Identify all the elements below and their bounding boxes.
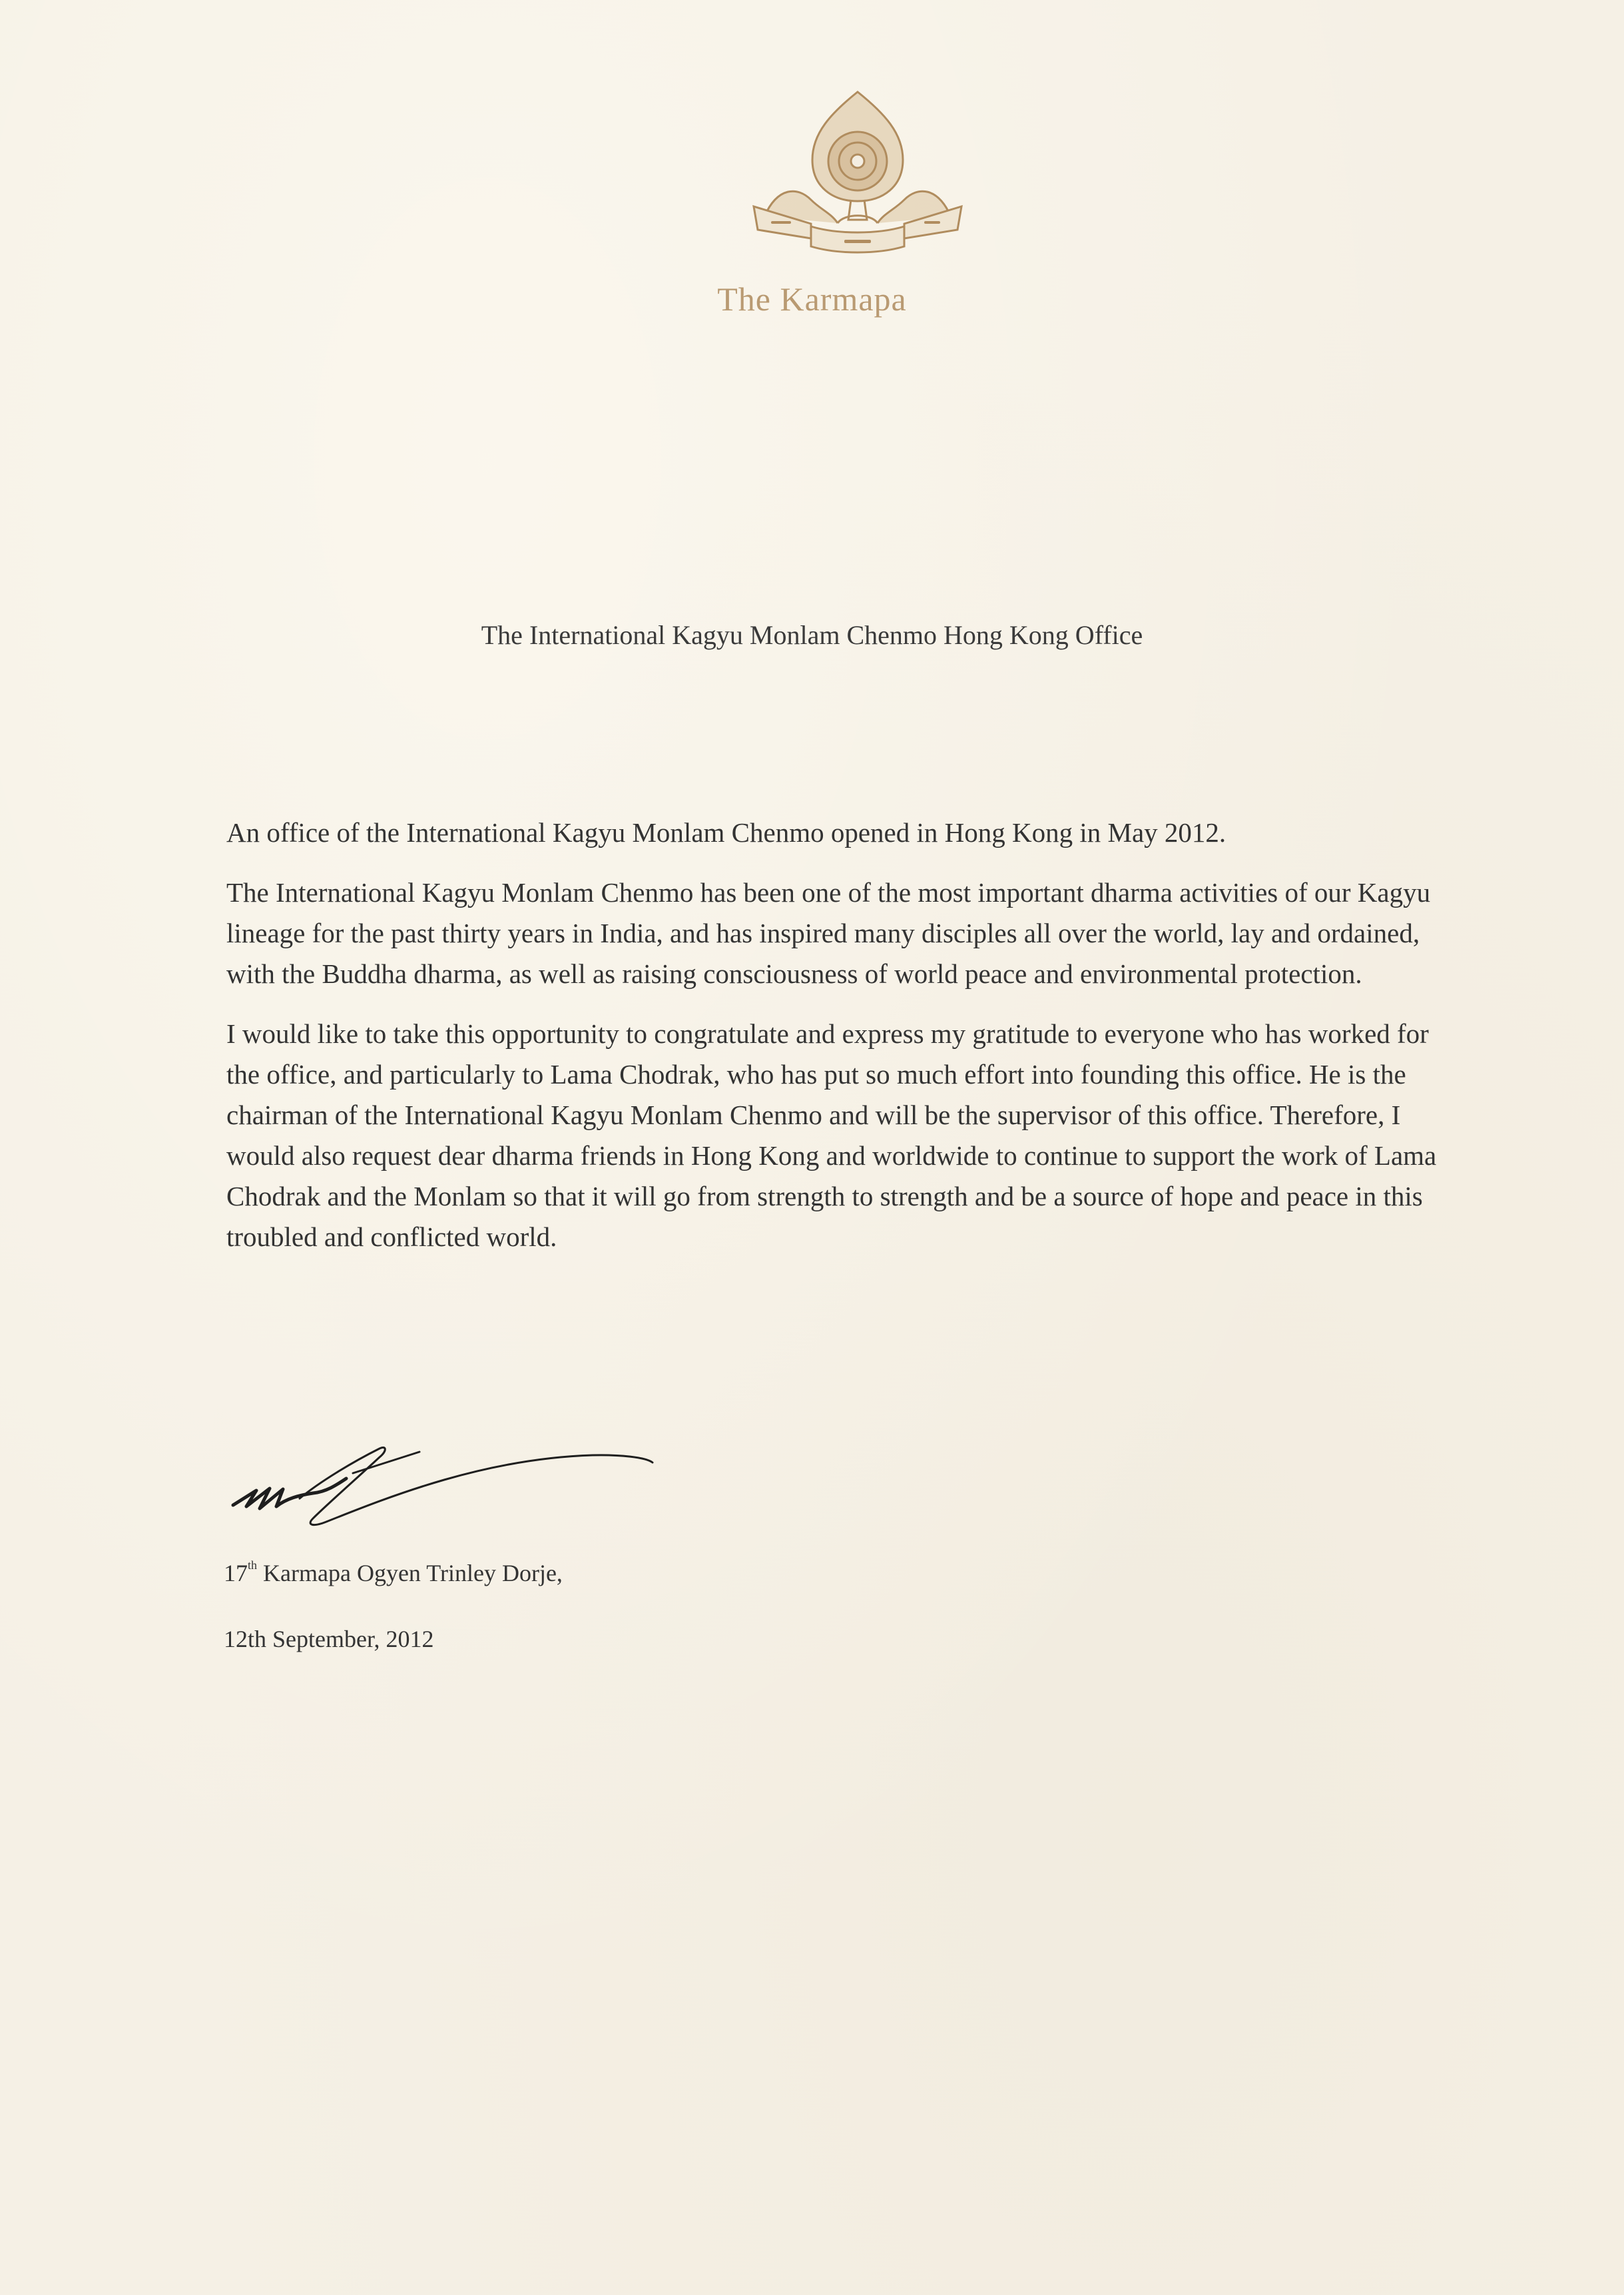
signer-ordinal: 17 (224, 1560, 248, 1586)
paragraph-gratitude: I would like to take this opportunity to… (226, 1014, 1465, 1257)
paragraph-opening: An office of the International Kagyu Mon… (226, 813, 1465, 853)
signer-ordinal-suffix: th (248, 1558, 257, 1572)
letter-date: 12th September, 2012 (224, 1625, 434, 1653)
paragraph-history: The International Kagyu Monlam Chenmo ha… (226, 872, 1465, 994)
karmapa-emblem-icon (744, 87, 971, 260)
signer-title: Karmapa Ogyen Trinley Dorje, (263, 1560, 563, 1586)
office-title: The International Kagyu Monlam Chenmo Ho… (0, 619, 1624, 651)
signer-name: 17th Karmapa Ogyen Trinley Dorje, (224, 1558, 563, 1587)
handwritten-signature-icon (220, 1432, 673, 1545)
letterhead-name: The Karmapa (0, 280, 1624, 318)
letter-body: An office of the International Kagyu Mon… (226, 813, 1465, 1277)
